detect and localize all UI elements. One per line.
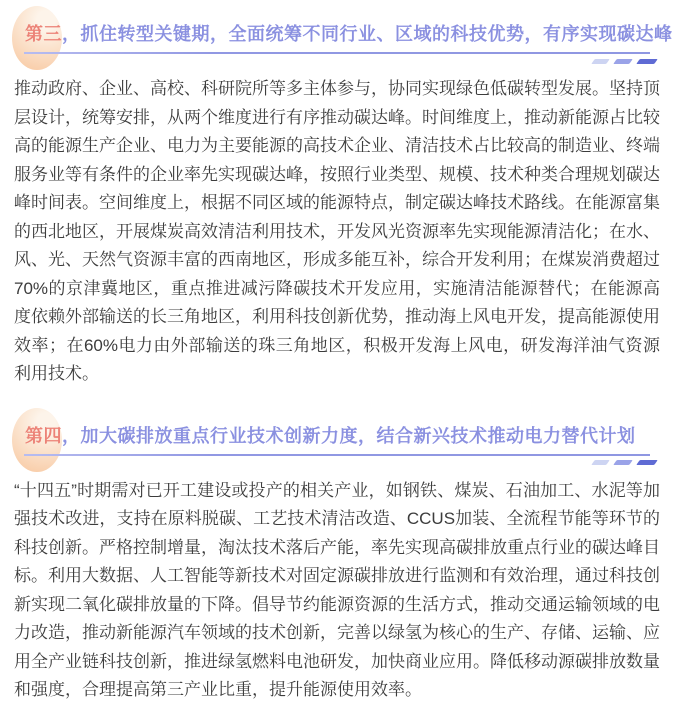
accent-dash-light <box>591 59 610 64</box>
article-page: 第三，抓住转型关键期，全面统筹不同行业、区域的科技优势，有序实现碳达峰 推动政府… <box>0 0 674 705</box>
section-three: 第三，抓住转型关键期，全面统筹不同行业、区域的科技优势，有序实现碳达峰 推动政府… <box>0 0 674 389</box>
section-four-header: 第四，加大碳排放重点行业技术创新力度，结合新兴技术推动电力替代计划 <box>0 402 674 467</box>
header-underline-rule <box>24 454 650 456</box>
section-three-title: 第三，抓住转型关键期，全面统筹不同行业、区域的科技优势，有序实现碳达峰 <box>25 22 650 46</box>
section-four: 第四，加大碳排放重点行业技术创新力度，结合新兴技术推动电力替代计划 “十四五”时… <box>0 402 674 705</box>
section-four-ordinal: 第四 <box>25 426 62 446</box>
header-accent-dashes <box>0 57 656 65</box>
accent-dash-light <box>591 460 610 465</box>
accent-dash-dark <box>636 460 658 465</box>
section-three-ordinal: 第三 <box>25 24 62 44</box>
accent-dash-dark <box>636 59 658 64</box>
section-four-title-text: ，加大碳排放重点行业技术创新力度，结合新兴技术推动电力替代计划 <box>62 426 636 446</box>
accent-dash-medium <box>613 460 633 465</box>
section-four-paragraph: “十四五”时期需对已开工建设或投产的相关产业，如钢铁、煤炭、石油加工、水泥等加强… <box>14 477 660 705</box>
section-four-title: 第四，加大碳排放重点行业技术创新力度，结合新兴技术推动电力替代计划 <box>25 424 650 448</box>
section-three-header: 第三，抓住转型关键期，全面统筹不同行业、区域的科技优势，有序实现碳达峰 <box>0 0 674 65</box>
accent-dash-medium <box>613 59 633 64</box>
header-underline-rule <box>24 52 650 54</box>
section-three-title-text: ，抓住转型关键期，全面统筹不同行业、区域的科技优势，有序实现碳达峰 <box>62 24 673 44</box>
header-accent-dashes <box>0 459 656 467</box>
section-three-paragraph: 推动政府、企业、高校、科研院所等多主体参与，协同实现绿色低碳转型发展。坚持顶层设… <box>14 75 660 389</box>
